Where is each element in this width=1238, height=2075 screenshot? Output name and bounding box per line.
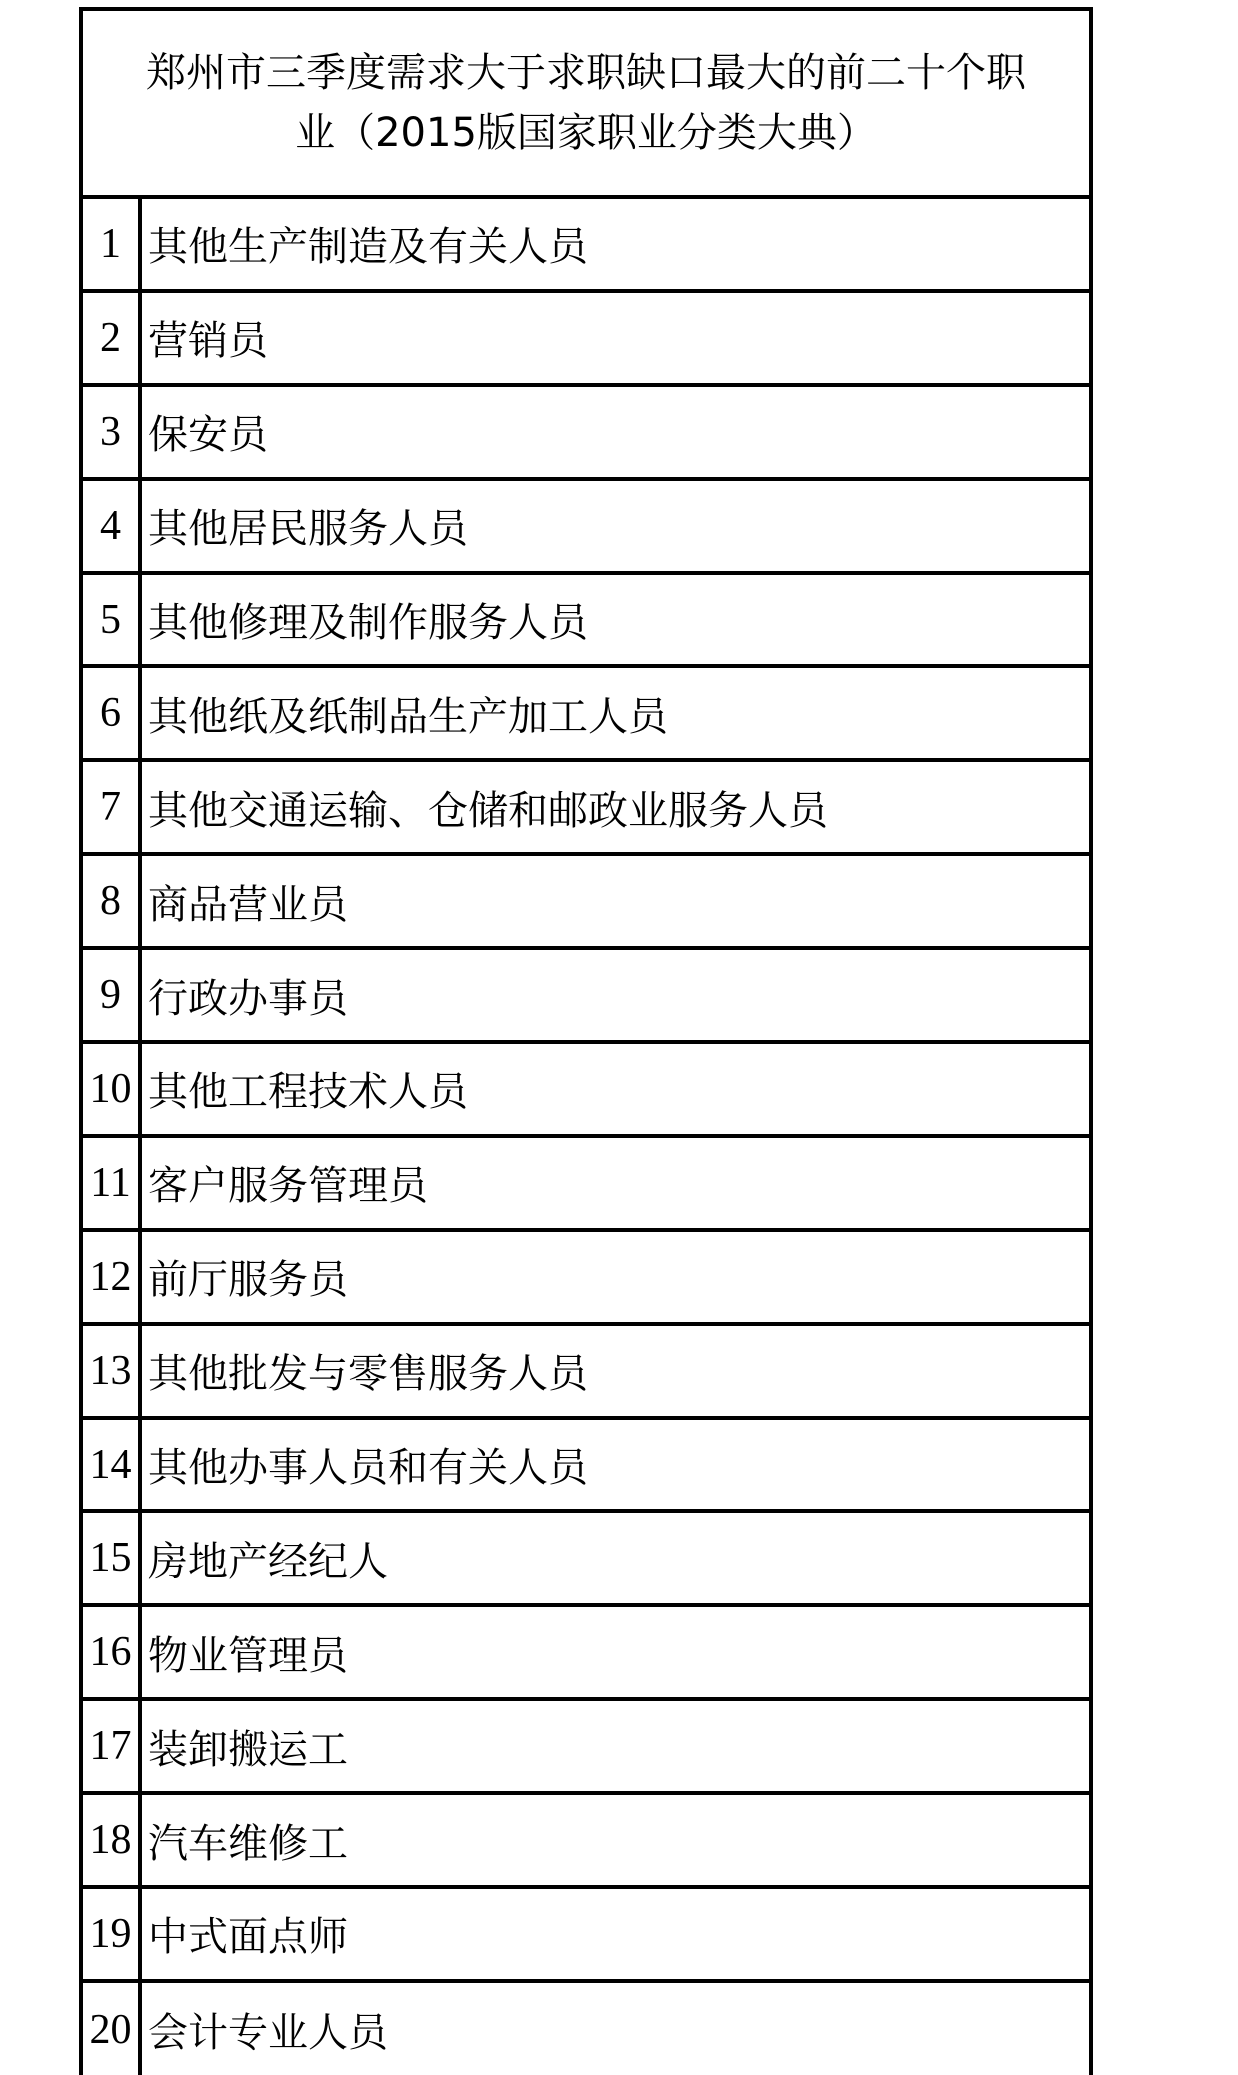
row-rank: 9 — [83, 950, 142, 1040]
table-row: 3保安员 — [83, 387, 1089, 481]
row-occupation: 保安员 — [142, 387, 1089, 477]
row-occupation: 房地产经纪人 — [142, 1513, 1089, 1603]
table-row: 18汽车维修工 — [83, 1795, 1089, 1889]
table-row: 10其他工程技术人员 — [83, 1044, 1089, 1138]
table-row: 9行政办事员 — [83, 950, 1089, 1044]
row-occupation: 商品营业员 — [142, 856, 1089, 946]
row-rank: 19 — [83, 1889, 142, 1979]
row-occupation: 前厅服务员 — [142, 1232, 1089, 1322]
row-occupation: 其他纸及纸制品生产加工人员 — [142, 668, 1089, 758]
row-occupation: 中式面点师 — [142, 1889, 1089, 1979]
table-body: 1其他生产制造及有关人员2营销员3保安员4其他居民服务人员5其他修理及制作服务人… — [83, 199, 1089, 2075]
row-rank: 2 — [83, 293, 142, 383]
row-rank: 8 — [83, 856, 142, 946]
row-rank: 12 — [83, 1232, 142, 1322]
table-row: 19中式面点师 — [83, 1889, 1089, 1983]
row-rank: 13 — [83, 1326, 142, 1416]
table-title: 郑州市三季度需求大于求职缺口最大的前二十个职 业（2015版国家职业分类大典） — [83, 11, 1089, 199]
row-rank: 15 — [83, 1513, 142, 1603]
row-occupation: 其他生产制造及有关人员 — [142, 199, 1089, 289]
table-row: 11客户服务管理员 — [83, 1138, 1089, 1232]
table-row: 16物业管理员 — [83, 1607, 1089, 1701]
row-occupation: 其他工程技术人员 — [142, 1044, 1089, 1134]
table-row: 4其他居民服务人员 — [83, 481, 1089, 575]
row-rank: 11 — [83, 1138, 142, 1228]
row-occupation: 其他修理及制作服务人员 — [142, 575, 1089, 665]
row-rank: 16 — [83, 1607, 142, 1697]
row-occupation: 会计专业人员 — [142, 1983, 1089, 2075]
table-title-line-2: 业（2015版国家职业分类大典） — [146, 103, 1026, 163]
row-rank: 5 — [83, 575, 142, 665]
table-row: 14其他办事人员和有关人员 — [83, 1420, 1089, 1514]
table-row: 1其他生产制造及有关人员 — [83, 199, 1089, 293]
row-occupation: 物业管理员 — [142, 1607, 1089, 1697]
row-occupation: 营销员 — [142, 293, 1089, 383]
row-occupation: 其他办事人员和有关人员 — [142, 1420, 1089, 1510]
row-rank: 10 — [83, 1044, 142, 1134]
table-row: 7其他交通运输、仓储和邮政业服务人员 — [83, 762, 1089, 856]
row-occupation: 其他交通运输、仓储和邮政业服务人员 — [142, 762, 1089, 852]
row-rank: 3 — [83, 387, 142, 477]
table-row: 13其他批发与零售服务人员 — [83, 1326, 1089, 1420]
row-rank: 4 — [83, 481, 142, 571]
row-rank: 18 — [83, 1795, 142, 1885]
table-row: 20会计专业人员 — [83, 1983, 1089, 2075]
row-rank: 14 — [83, 1420, 142, 1510]
row-rank: 20 — [83, 1983, 142, 2075]
table-row: 5其他修理及制作服务人员 — [83, 575, 1089, 669]
row-rank: 7 — [83, 762, 142, 852]
table-row: 6其他纸及纸制品生产加工人员 — [83, 668, 1089, 762]
occupation-shortage-table: 郑州市三季度需求大于求职缺口最大的前二十个职 业（2015版国家职业分类大典） … — [79, 7, 1093, 2075]
row-rank: 17 — [83, 1701, 142, 1791]
table-title-text: 郑州市三季度需求大于求职缺口最大的前二十个职 业（2015版国家职业分类大典） — [146, 43, 1026, 163]
row-occupation: 汽车维修工 — [142, 1795, 1089, 1885]
row-rank: 6 — [83, 668, 142, 758]
table-row: 8商品营业员 — [83, 856, 1089, 950]
table-title-line-1: 郑州市三季度需求大于求职缺口最大的前二十个职 — [146, 43, 1026, 103]
table-row: 15房地产经纪人 — [83, 1513, 1089, 1607]
table-row: 2营销员 — [83, 293, 1089, 387]
row-occupation: 其他居民服务人员 — [142, 481, 1089, 571]
table-row: 12前厅服务员 — [83, 1232, 1089, 1326]
table-row: 17装卸搬运工 — [83, 1701, 1089, 1795]
row-occupation: 装卸搬运工 — [142, 1701, 1089, 1791]
row-occupation: 行政办事员 — [142, 950, 1089, 1040]
row-occupation: 客户服务管理员 — [142, 1138, 1089, 1228]
row-rank: 1 — [83, 199, 142, 289]
row-occupation: 其他批发与零售服务人员 — [142, 1326, 1089, 1416]
